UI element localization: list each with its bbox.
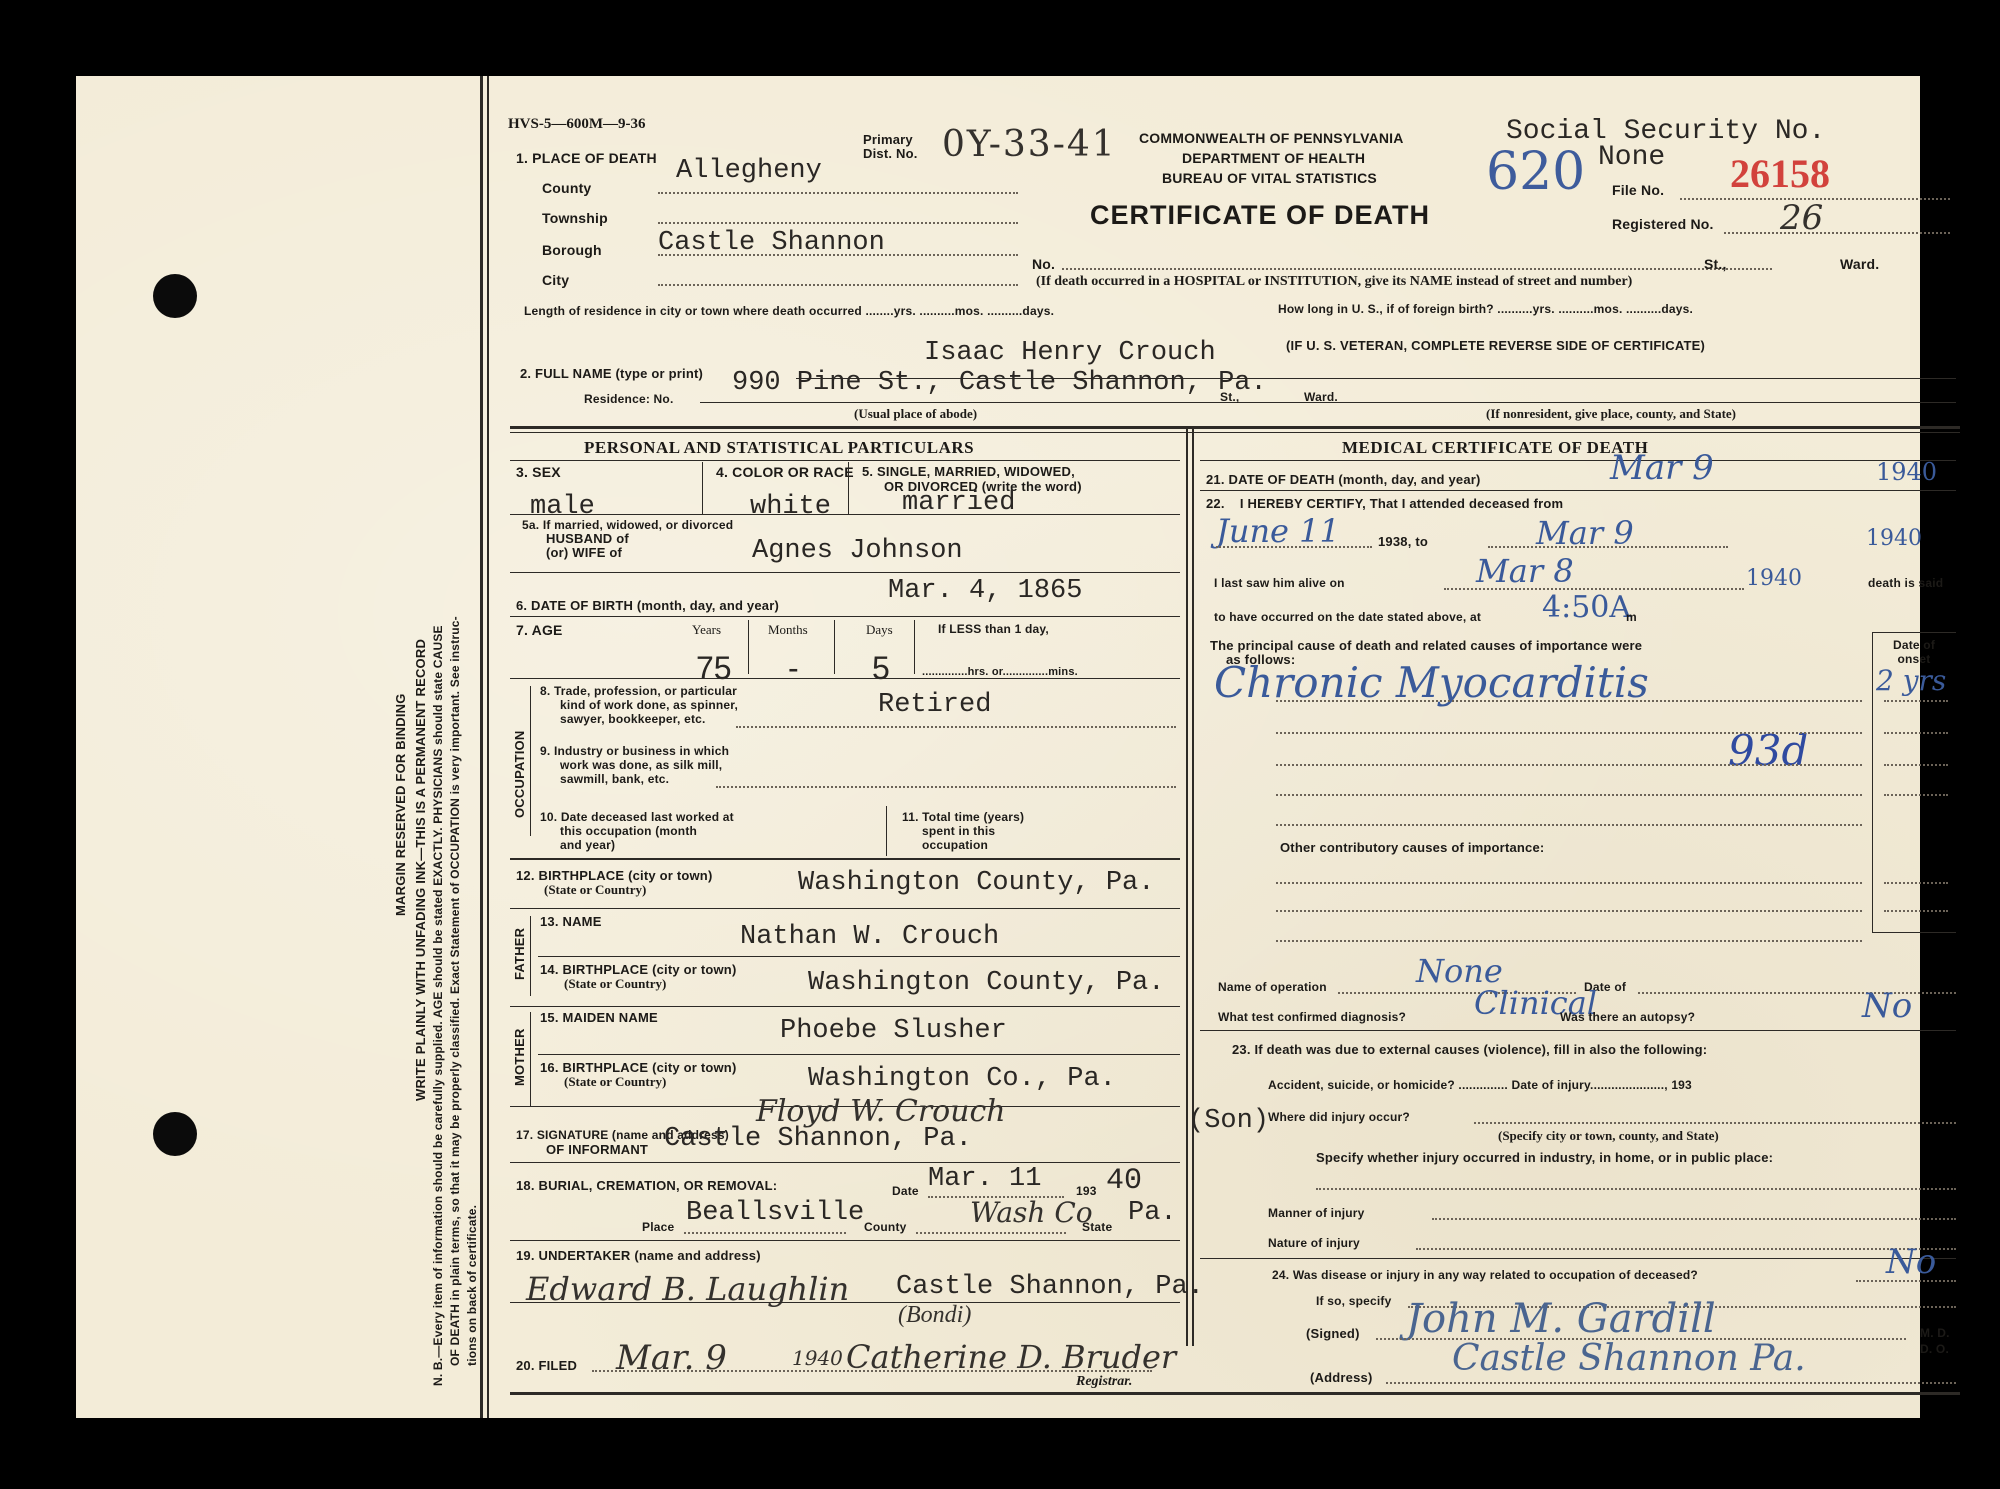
less-than-day-label: If LESS than 1 day, <box>938 622 1049 636</box>
trade-label-2: kind of work done, as spinner, <box>560 698 738 712</box>
autopsy-label: Was there an autopsy? <box>1560 1010 1695 1024</box>
spouse-label-1: 5a. If married, widowed, or divorced <box>522 518 733 532</box>
trade-line <box>736 726 1176 728</box>
city-line <box>658 284 1018 286</box>
form-code: HVS-5—600M—9-36 <box>508 116 646 133</box>
bottom-border <box>510 1392 1960 1395</box>
birthplace-value: Washington County, Pa. <box>798 868 1154 898</box>
mother-name-label: 15. MAIDEN NAME <box>540 1010 658 1025</box>
onset-label: Date of onset <box>1884 638 1944 666</box>
total-time-label-3: occupation <box>922 838 988 852</box>
registrar-label: Registrar. <box>1076 1374 1132 1390</box>
bureau-label: BUREAU OF VITAL STATISTICS <box>1162 170 1377 186</box>
where-injury-label: Where did injury occur? <box>1268 1110 1410 1124</box>
autopsy-value: No <box>1862 986 1912 1026</box>
father-side-label: FATHER <box>512 928 527 980</box>
borough-line <box>658 254 1018 256</box>
burial-state-label: State <box>1082 1220 1112 1234</box>
county-line <box>658 192 1018 194</box>
department-label: DEPARTMENT OF HEALTH <box>1182 150 1365 166</box>
address-value: Castle Shannon Pa. <box>1452 1338 1806 1379</box>
row-line <box>510 1006 1180 1007</box>
manner-label: Manner of injury <box>1268 1206 1365 1220</box>
row-line <box>510 616 1180 617</box>
industry-label-3: sawmill, bank, etc. <box>560 772 669 786</box>
full-name-value: Isaac Henry Crouch <box>924 338 1216 368</box>
last-worked-label-2: this occupation (month <box>560 824 697 838</box>
binding-note: MARGIN RESERVED FOR BINDING <box>393 693 408 916</box>
cause-line <box>1276 824 1862 826</box>
industry-label-1: 9. Industry or business in which <box>540 744 729 758</box>
burial-date-label: Date <box>892 1184 919 1198</box>
nb-line-2: OF DEATH in plain terms, so that it may … <box>448 616 462 1366</box>
date-of-death-label: 21. DATE OF DEATH (month, day, and year) <box>1206 472 1481 487</box>
cause-line <box>1276 732 1862 734</box>
nb-line-1: N. B.—Every item of information should b… <box>431 625 445 1386</box>
total-time-label-1: 11. Total time (years) <box>902 810 1024 824</box>
row-line <box>510 460 1180 461</box>
death-certificate-page: MARGIN RESERVED FOR BINDING WRITE PLAINL… <box>76 76 1920 1418</box>
city-label: City <box>542 272 569 288</box>
commonwealth-label: COMMONWEALTH OF PENNSYLVANIA <box>1139 130 1404 146</box>
filed-year: 1940 <box>792 1346 843 1370</box>
sex-label: 3. SEX <box>516 464 561 480</box>
specify-location-note: (Specify city or town, county, and State… <box>1498 1128 1719 1144</box>
burial-state-value: Pa. <box>1128 1198 1177 1228</box>
race-label: 4. COLOR OR RACE <box>716 464 854 480</box>
father-birthplace-value: Washington County, Pa. <box>808 968 1164 998</box>
filed-label: 20. FILED <box>516 1358 577 1373</box>
manner-line <box>1432 1218 1956 1220</box>
cell-divider <box>702 462 703 514</box>
onset-line <box>1884 700 1948 702</box>
abode-note: (Usual place of abode) <box>854 406 977 422</box>
nonresident-note: (If nonresident, give place, county, and… <box>1486 406 1736 422</box>
column-divider <box>1192 426 1194 1346</box>
onset-line <box>1884 764 1948 766</box>
onset-line <box>1884 732 1948 734</box>
external-label: 23. If death was due to external causes … <box>1232 1042 1707 1057</box>
birthplace-label-2: (State or Country) <box>544 882 646 898</box>
diagnosis-label: What test confirmed diagnosis? <box>1218 1010 1406 1024</box>
burial-place-line <box>684 1232 846 1234</box>
occupation-bracket <box>530 686 531 836</box>
place-of-death-label: 1. PLACE OF DEATH <box>516 150 657 166</box>
spouse-label-2: HUSBAND of <box>546 531 629 546</box>
cause-line <box>1276 764 1862 766</box>
occupation-side-label: OCCUPATION <box>512 731 527 818</box>
onset-line <box>1884 794 1948 796</box>
burial-year-value: 40 <box>1106 1164 1142 1198</box>
onset-line <box>1884 882 1948 884</box>
age-label: 7. AGE <box>516 622 563 638</box>
registered-no-line <box>1724 232 1950 234</box>
signed-label: (Signed) <box>1306 1326 1360 1341</box>
father-bracket <box>530 916 531 996</box>
birthplace-label-1: 12. BIRTHPLACE (city or town) <box>516 868 712 883</box>
last-worked-label-1: 10. Date deceased last worked at <box>540 810 734 824</box>
cell-divider <box>886 806 887 856</box>
primary-dist-label-2: Dist. No. <box>863 146 918 161</box>
operation-label: Name of operation <box>1218 980 1327 994</box>
punch-hole <box>153 274 197 318</box>
if-so-label: If so, specify <box>1316 1294 1392 1308</box>
row-line <box>510 1240 1180 1241</box>
row-line <box>510 572 1180 573</box>
margin-note-620: 620 <box>1486 142 1585 202</box>
residence-ward-label: Ward. <box>1304 390 1338 404</box>
onset-line <box>1884 910 1948 912</box>
residence-st-label: St., <box>1220 390 1239 404</box>
do-label: D. O. <box>1920 1342 1949 1356</box>
father-birthplace-label-1: 14. BIRTHPLACE (city or town) <box>540 962 736 977</box>
years-label: Years <box>692 622 721 638</box>
street-st-label: St., <box>1704 256 1727 272</box>
time-value: 4:50A <box>1542 590 1631 625</box>
hospital-note: (If death occurred in a HOSPITAL or INST… <box>1036 274 1632 290</box>
row-line <box>538 956 1180 957</box>
cell-divider <box>748 620 749 674</box>
residence-value: 990 Pine St., Castle Shannon, Pa. <box>732 368 1267 398</box>
row-line <box>510 678 1180 679</box>
last-saw-year: 1940 <box>1746 566 1802 591</box>
cell-divider <box>914 620 915 674</box>
burial-county-line <box>916 1232 1066 1234</box>
street-no-label: No. <box>1032 256 1055 272</box>
hrs-mins-label: ..............hrs. or..............mins. <box>922 666 1078 678</box>
death-said-label: death is said <box>1868 576 1943 590</box>
margin-border <box>487 76 489 1418</box>
onset-box-border <box>1872 632 1873 932</box>
occupation-related-label: 24. Was disease or injury in any way rel… <box>1272 1268 1698 1282</box>
attended-to-year: 1940 <box>1866 526 1922 551</box>
attended-from-year: 1938, to <box>1378 534 1428 549</box>
time-suffix: m <box>1626 610 1637 624</box>
dob-label: 6. DATE OF BIRTH (month, day, and year) <box>516 598 779 613</box>
trade-label-3: sawyer, bookkeeper, etc. <box>560 712 706 726</box>
section-divider <box>510 426 1960 429</box>
other-cause-line <box>1276 940 1862 942</box>
row-line <box>1200 1258 1956 1259</box>
date-of-death-year: 1940 <box>1876 458 1937 486</box>
row-line <box>1200 460 1956 461</box>
trade-value: Retired <box>878 690 991 720</box>
cell-divider <box>848 462 849 514</box>
cause-line <box>1276 700 1862 702</box>
certificate-title: CERTIFICATE OF DEATH <box>1090 200 1430 231</box>
mother-side-label: MOTHER <box>512 1028 527 1086</box>
nature-label: Nature of injury <box>1268 1236 1360 1250</box>
other-cause-line <box>1276 910 1862 912</box>
mother-birthplace-value: Washington Co., Pa. <box>808 1064 1116 1094</box>
spouse-value: Agnes Johnson <box>752 536 963 566</box>
spouse-label-3: (or) WIFE of <box>546 545 622 560</box>
ssn-value: None <box>1598 142 1665 173</box>
mother-birthplace-label-1: 16. BIRTHPLACE (city or town) <box>540 1060 736 1075</box>
row-line <box>510 1302 1180 1303</box>
days-value: 5 <box>872 650 890 687</box>
file-no-label: File No. <box>1612 182 1664 198</box>
total-time-label-2: spent in this <box>922 824 995 838</box>
last-saw-label: I last saw him alive on <box>1214 576 1345 590</box>
other-causes-label: Other contributory causes of importance: <box>1280 840 1544 855</box>
undertaker-address: Castle Shannon, Pa. <box>896 1272 1204 1302</box>
primary-dist-value: 0Y-33-41 <box>942 124 1117 165</box>
cause-label-1: The principal cause of death and related… <box>1210 638 1642 653</box>
section-divider <box>510 432 1960 433</box>
burial-label: 18. BURIAL, CREMATION, OR REMOVAL: <box>516 1178 777 1193</box>
attended-from: June 11 <box>1216 512 1340 550</box>
race-value: white <box>750 492 831 522</box>
father-birthplace-label-2: (State or Country) <box>564 976 666 992</box>
burial-county-value: Wash Co <box>970 1196 1093 1229</box>
filed-line <box>592 1370 1152 1372</box>
county-label: County <box>542 180 591 196</box>
industry-label-2: work was done, as silk mill, <box>560 758 722 772</box>
personal-heading: PERSONAL AND STATISTICAL PARTICULARS <box>584 438 974 458</box>
other-cause-line <box>1276 882 1862 884</box>
certify-label: 22. I HEREBY CERTIFY, That I attended de… <box>1206 496 1563 511</box>
address-label: (Address) <box>1310 1370 1372 1385</box>
row-line <box>1200 1030 1956 1031</box>
months-value: - <box>788 650 799 687</box>
township-label: Township <box>542 210 608 226</box>
column-divider <box>1186 426 1188 1346</box>
mother-name-value: Phoebe Slusher <box>780 1016 1007 1046</box>
medical-heading: MEDICAL CERTIFICATE OF DEATH <box>1342 438 1648 458</box>
foreign-birth-label: How long in U. S., if of foreign birth? … <box>1278 302 1693 316</box>
occupation-related-value: No <box>1886 1242 1936 1282</box>
dob-value: Mar. 4, 1865 <box>888 576 1082 606</box>
md-label: M. D. <box>1920 1326 1950 1340</box>
row-line <box>510 908 1180 909</box>
occurred-label: to have occurred on the date stated abov… <box>1214 610 1481 624</box>
cause-line <box>1276 794 1862 796</box>
attended-to-line <box>1488 546 1728 548</box>
date-of-death-value: Mar 9 <box>1610 448 1714 488</box>
onset-value: 2 yrs <box>1876 664 1946 697</box>
burial-county-label: County <box>864 1220 907 1234</box>
registrar-note: (Bondi) <box>898 1302 971 1329</box>
burial-place-value: Beallsville <box>686 1198 864 1228</box>
months-label: Months <box>768 622 808 638</box>
address-line <box>1386 1382 1956 1384</box>
industry-home-label: Specify whether injury occurred in indus… <box>1316 1150 1773 1165</box>
veteran-note: (IF U. S. VETERAN, COMPLETE REVERSE SIDE… <box>1286 338 1705 353</box>
marital-label-1: 5. SINGLE, MARRIED, WIDOWED, <box>862 464 1075 479</box>
where-injury-line <box>1474 1122 1956 1124</box>
registered-no-label: Registered No. <box>1612 216 1714 232</box>
street-no-line <box>1062 268 1772 270</box>
informant-label-2: OF INFORMANT <box>546 1142 648 1157</box>
attended-from-line <box>1216 546 1372 548</box>
primary-dist-label-1: Primary <box>863 132 913 147</box>
township-line <box>658 222 1018 224</box>
last-saw-value: Mar 8 <box>1476 552 1574 590</box>
industry-home-line <box>1316 1188 1956 1190</box>
row-line <box>510 1162 1180 1163</box>
onset-box-border <box>1872 932 1956 933</box>
county-value: Allegheny <box>676 156 822 186</box>
years-value: 75 <box>696 650 732 687</box>
informant-address: Castle Shannon, Pa. <box>664 1124 972 1154</box>
residence-label: Residence: No. <box>584 392 674 406</box>
onset-box-border <box>1872 632 1956 633</box>
write-plainly-note: WRITE PLAINLY WITH UNFADING INK—THIS IS … <box>413 639 428 1101</box>
occupation-related-line <box>1856 1280 1956 1282</box>
row-line <box>510 514 1180 515</box>
trade-label-1: 8. Trade, profession, or particular <box>540 684 737 698</box>
last-worked-label-3: and year) <box>560 838 615 852</box>
mother-birthplace-label-2: (State or Country) <box>564 1074 666 1090</box>
signed-value: John M. Gardill <box>1406 1296 1716 1342</box>
full-name-label: 2. FULL NAME (type or print) <box>520 366 703 381</box>
cell-divider <box>834 620 835 674</box>
burial-date-value: Mar. 11 <box>928 1164 1041 1194</box>
nb-line-3: tions on back of certificate. <box>465 1205 479 1366</box>
burial-place-label: Place <box>642 1220 674 1234</box>
residence-length-label: Length of residence in city or town wher… <box>524 304 1054 318</box>
row-line <box>538 1054 1180 1055</box>
industry-line <box>716 786 1176 788</box>
row-line <box>1200 490 1956 491</box>
street-ward-label: Ward. <box>1840 256 1879 272</box>
undertaker-label: 19. UNDERTAKER (name and address) <box>516 1248 761 1263</box>
days-label: Days <box>866 622 893 638</box>
row-line <box>510 858 1180 860</box>
filed-value: Mar. 9 <box>616 1338 727 1378</box>
margin-border <box>480 76 483 1418</box>
file-no-value: 26158 <box>1730 150 1830 197</box>
nature-line <box>1416 1248 1956 1250</box>
father-name-label: 13. NAME <box>540 914 602 929</box>
informant-relation: (Son) <box>1188 1106 1269 1136</box>
borough-label: Borough <box>542 242 602 258</box>
father-name-value: Nathan W. Crouch <box>740 922 999 952</box>
accident-label: Accident, suicide, or homicide? ........… <box>1268 1078 1692 1092</box>
mother-bracket <box>530 1012 531 1106</box>
punch-hole <box>153 1112 197 1156</box>
